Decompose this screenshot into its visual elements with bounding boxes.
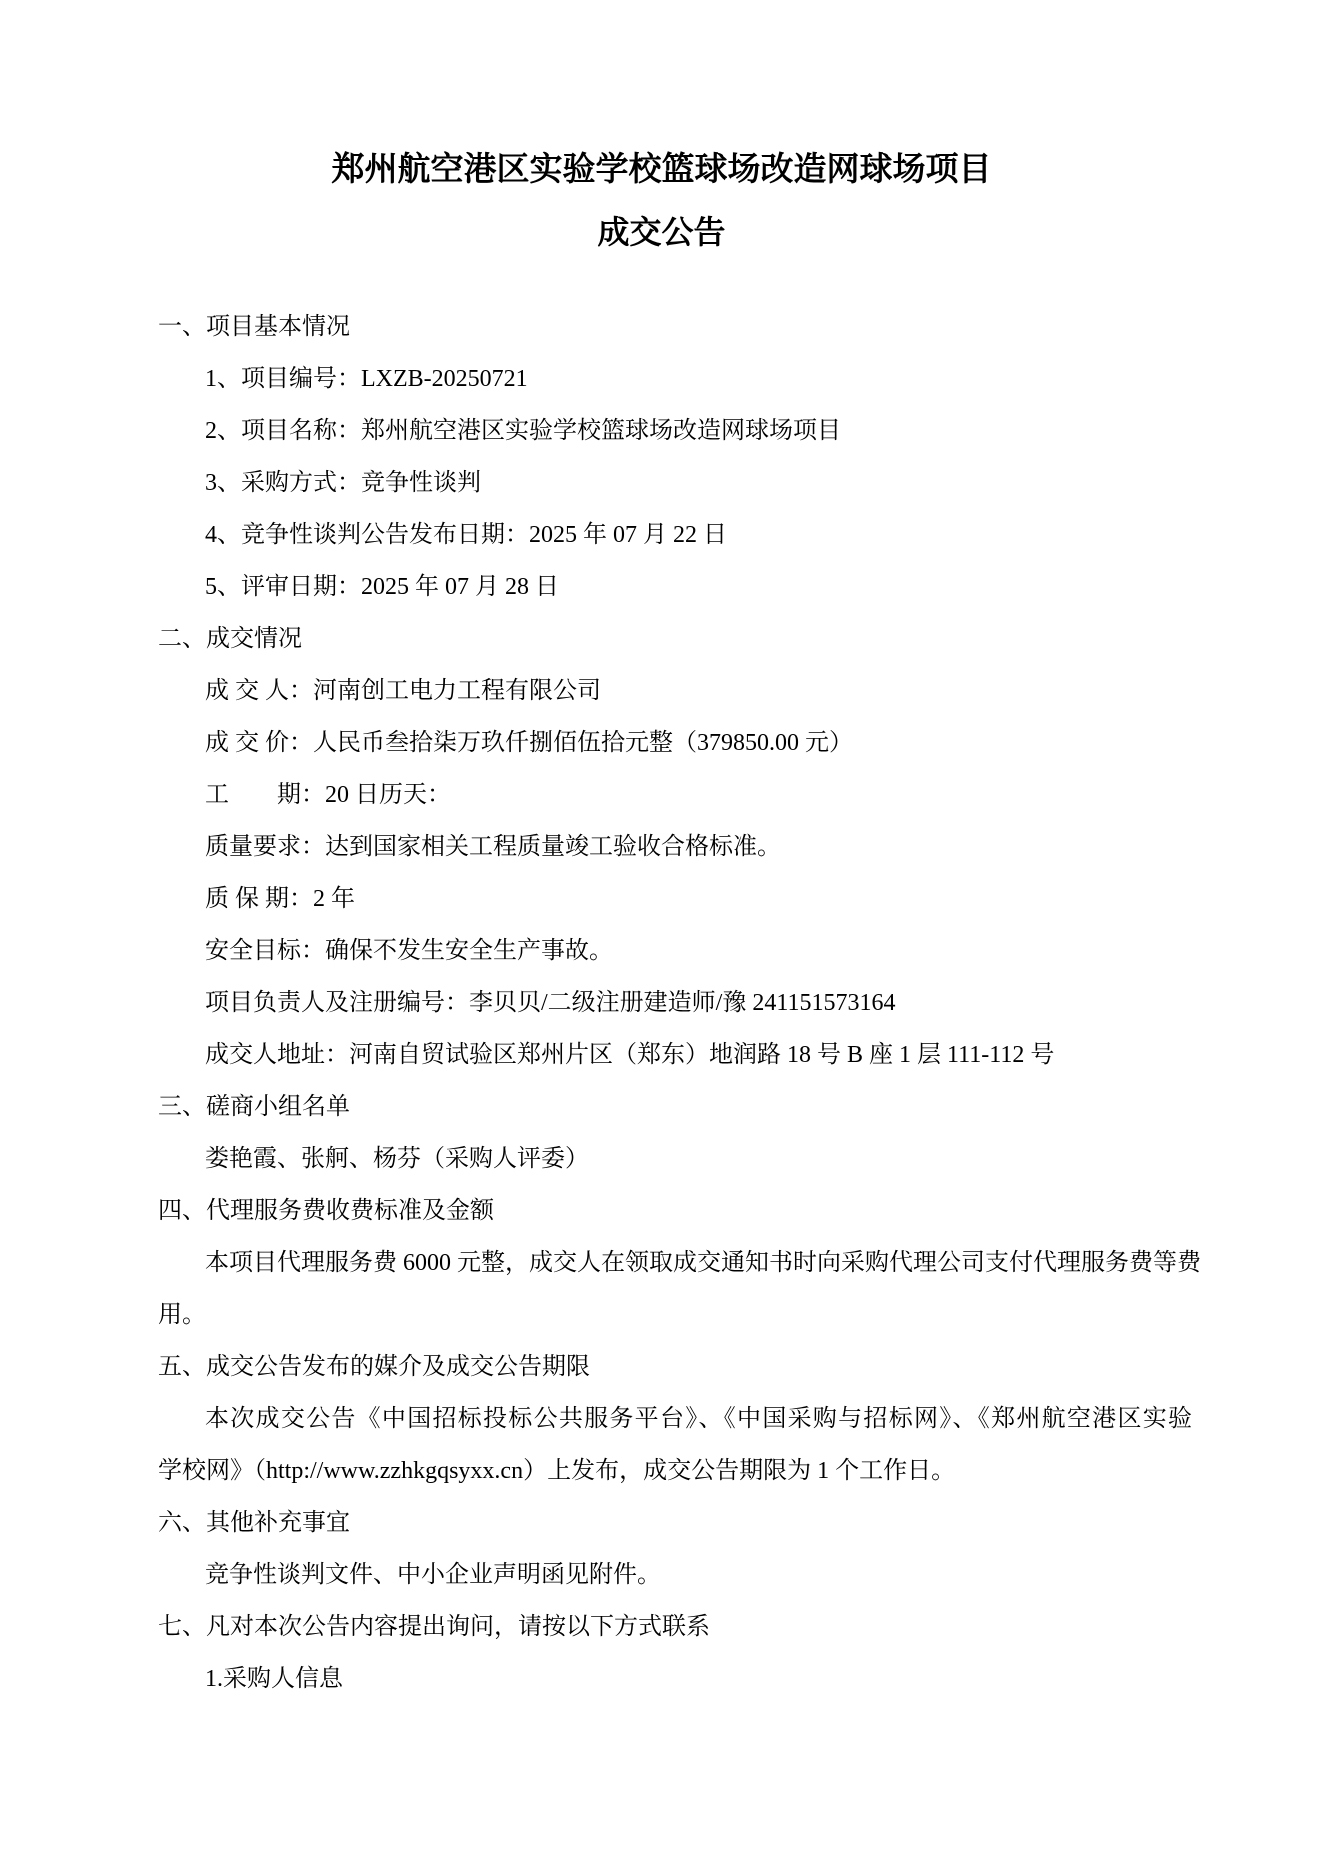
line-media-period-1: 本次成交公告《中国招标投标公共服务平台》、《中国采购与招标网》、《郑州航空港区实… — [158, 1393, 1192, 1445]
section-heading-basic-info: 一、项目基本情况 — [158, 301, 1192, 353]
line-purchaser-info-label: 1.采购人信息 — [158, 1653, 1192, 1705]
line-notice-publish-date: 4、竞争性谈判公告发布日期：2025 年 07 月 22 日 — [158, 509, 1192, 561]
line-quality-requirement: 质量要求：达到国家相关工程质量竣工验收合格标准。 — [158, 821, 1192, 873]
line-procurement-method: 3、采购方式：竞争性谈判 — [158, 457, 1192, 509]
line-winning-price: 成 交 价：人民币叁拾柒万玖仟捌佰伍拾元整（379850.00 元） — [158, 717, 1192, 769]
line-attachments-note: 竞争性谈判文件、中小企业声明函见附件。 — [158, 1549, 1192, 1601]
line-warranty-period: 质 保 期：2 年 — [158, 873, 1192, 925]
line-media-period-2: 学校网》（http://www.zzhkgqsyxx.cn）上发布，成交公告期限… — [158, 1445, 1192, 1497]
line-agency-fee-1: 本项目代理服务费 6000 元整，成交人在领取成交通知书时向采购代理公司支付代理… — [158, 1237, 1192, 1289]
line-project-name: 2、项目名称：郑州航空港区实验学校篮球场改造网球场项目 — [158, 405, 1192, 457]
line-safety-target: 安全目标：确保不发生安全生产事故。 — [158, 925, 1192, 977]
line-review-date: 5、评审日期：2025 年 07 月 28 日 — [158, 561, 1192, 613]
line-construction-period: 工 期：20 日历天： — [158, 769, 1192, 821]
section-heading-media-period: 五、成交公告发布的媒介及成交公告期限 — [158, 1341, 1192, 1393]
line-project-manager: 项目负责人及注册编号：李贝贝/二级注册建造师/豫 241151573164 — [158, 977, 1192, 1029]
line-panel-members: 娄艳霞、张舸、杨芬（采购人评委） — [158, 1133, 1192, 1185]
section-heading-supplementary: 六、其他补充事宜 — [158, 1497, 1192, 1549]
line-winning-supplier: 成 交 人：河南创工电力工程有限公司 — [158, 665, 1192, 717]
announcement-document-page: 郑州航空港区实验学校篮球场改造网球场项目 成交公告 一、项目基本情况 1、项目编… — [0, 0, 1323, 1871]
section-heading-award-result: 二、成交情况 — [158, 613, 1192, 665]
section-heading-agency-fee: 四、代理服务费收费标准及金额 — [158, 1185, 1192, 1237]
line-agency-fee-2: 用。 — [158, 1289, 1192, 1341]
document-subtitle: 成交公告 — [0, 207, 1323, 253]
section-heading-contact: 七、凡对本次公告内容提出询问，请按以下方式联系 — [158, 1601, 1192, 1653]
line-project-number: 1、项目编号：LXZB-20250721 — [158, 353, 1192, 405]
document-title: 郑州航空港区实验学校篮球场改造网球场项目 — [0, 143, 1323, 190]
document-body: 一、项目基本情况 1、项目编号：LXZB-20250721 2、项目名称：郑州航… — [158, 301, 1192, 1705]
section-heading-panel-list: 三、磋商小组名单 — [158, 1081, 1192, 1133]
line-supplier-address: 成交人地址：河南自贸试验区郑州片区（郑东）地润路 18 号 B 座 1 层 11… — [158, 1029, 1192, 1081]
